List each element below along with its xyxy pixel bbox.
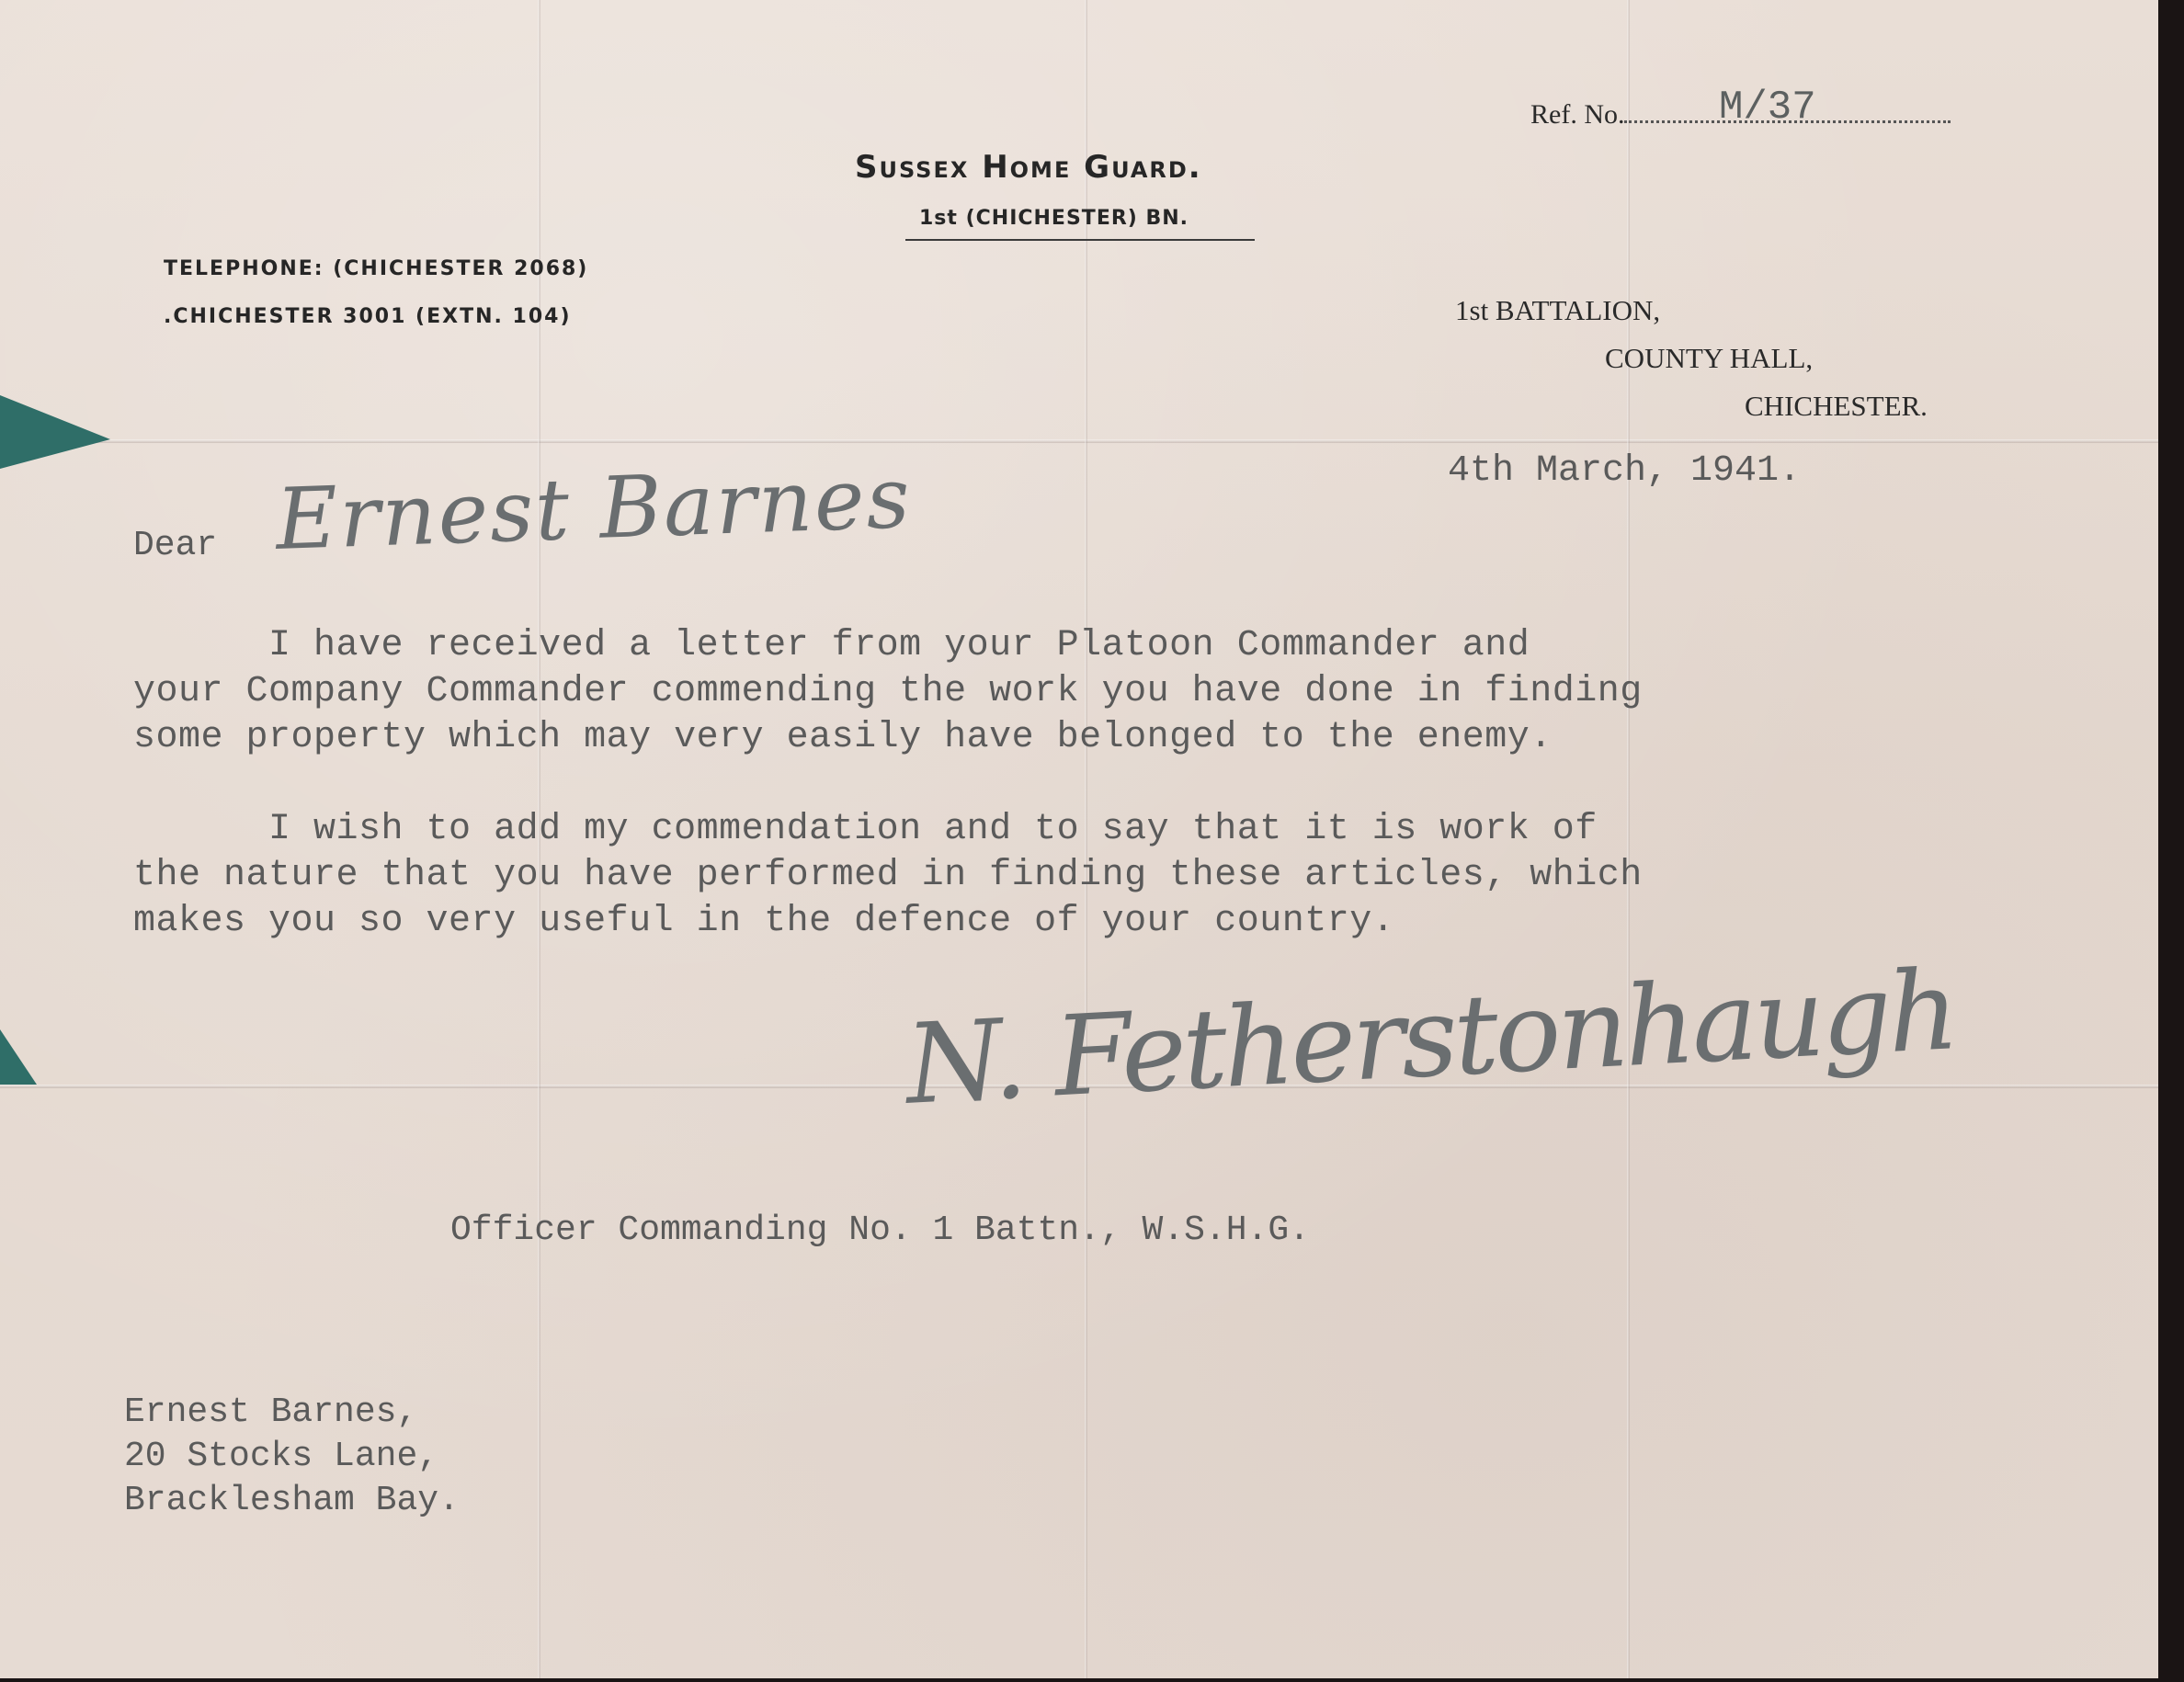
handwritten-recipient-name: Ernest Barnes <box>274 449 913 569</box>
body-paragraph-2-line: makes you so very useful in the defence … <box>133 901 1394 942</box>
sender-address-line: CHICHESTER. <box>1745 390 1928 423</box>
telephone-line-1: TELEPHONE: (CHICHESTER 2068) <box>164 257 588 280</box>
sender-address-line: 1st BATTALION, <box>1455 294 1660 327</box>
salutation: Dear <box>133 526 217 565</box>
body-paragraph-1-line: your Company Commander commending the wo… <box>133 671 1643 712</box>
recipient-address-line: Ernest Barnes, <box>124 1392 417 1432</box>
org-title: Sussex Home Guard. <box>855 149 1202 186</box>
signature: N. Fetherstonhaugh <box>903 947 1958 1130</box>
recipient-address-line: Bracklesham Bay. <box>124 1481 460 1520</box>
telephone-line-2: .CHICHESTER 3001 (EXTN. 104) <box>164 305 572 328</box>
fold-crease <box>1627 0 1630 1678</box>
sender-address-line: COUNTY HALL, <box>1605 342 1813 375</box>
body-paragraph-2-line: I wish to add my commendation and to say… <box>133 809 1598 850</box>
org-subtitle: 1st (CHICHESTER) BN. <box>919 207 1189 230</box>
body-paragraph-1-line: I have received a letter from your Plato… <box>133 625 1530 666</box>
ref-value: M/37 <box>1719 85 1816 131</box>
header-rule <box>905 239 1255 241</box>
signoff-title: Officer Commanding No. 1 Battn., W.S.H.G… <box>450 1210 1310 1250</box>
recipient-address-line: 20 Stocks Lane, <box>124 1437 438 1476</box>
letter-page: Sussex Home Guard. 1st (CHICHESTER) BN. … <box>0 0 2158 1678</box>
letter-date: 4th March, 1941. <box>1448 450 1801 492</box>
fold-crease <box>0 439 2158 443</box>
body-paragraph-1-line: some property which may very easily have… <box>133 717 1553 758</box>
backing-teal-edge <box>0 395 110 469</box>
ref-label: Ref. No. <box>1530 99 1624 130</box>
backing-teal-edge <box>0 1029 37 1085</box>
body-paragraph-2-line: the nature that you have performed in fi… <box>133 855 1643 896</box>
